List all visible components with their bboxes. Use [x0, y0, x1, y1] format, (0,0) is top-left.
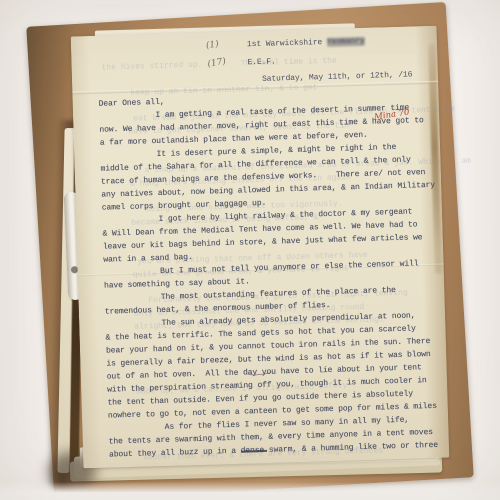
photo-of-letter: the hives stirred up. The meal time is t…: [0, 0, 500, 500]
regiment-line: 1st Warwickshire Yeomanry: [247, 37, 365, 49]
censored-word: Yeomanry: [327, 37, 365, 47]
table-surface: [0, 482, 500, 500]
regiment-name: 1st Warwickshire: [247, 38, 322, 49]
unit-line: E.E.F.: [247, 57, 275, 67]
letter-header: (1) 1st Warwickshire Yeomanry (17) E.E.F…: [71, 26, 439, 97]
pencil-page-mark: (17): [207, 57, 227, 70]
date-line: Saturday, May 11th, or 12th, /16: [262, 70, 413, 83]
pencil-page-mark: (1): [205, 40, 219, 52]
strikethrough-word: dense: [241, 446, 269, 456]
letter-sheet: the hives stirred up. The meal time is t…: [71, 26, 450, 469]
letter-body: Dear Ones all, I am getting a real taste…: [99, 88, 446, 462]
